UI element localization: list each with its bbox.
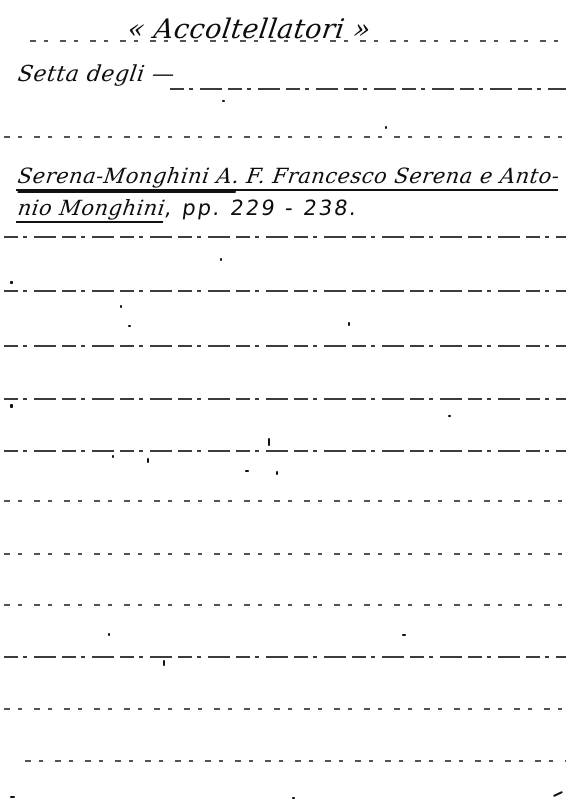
scan-speck xyxy=(276,471,278,475)
scan-speck xyxy=(220,258,222,261)
scan-speck xyxy=(553,791,563,797)
ruled-line xyxy=(4,553,566,555)
ruled-line xyxy=(4,708,566,710)
scan-speck xyxy=(245,470,249,472)
index-card: « Accoltellatori » Setta degli — Serena-… xyxy=(0,0,570,800)
ruled-line xyxy=(4,398,566,400)
ruled-line xyxy=(4,500,566,502)
reference-pages: , pp. 229 - 238. xyxy=(163,196,360,220)
ruled-line xyxy=(4,290,566,292)
scan-speck xyxy=(348,322,350,326)
card-heading: « Accoltellatori » xyxy=(126,14,373,45)
ruled-line xyxy=(4,604,566,606)
scan-speck xyxy=(292,797,295,799)
scan-speck xyxy=(222,100,225,102)
scan-speck xyxy=(268,438,270,446)
scan-speck xyxy=(448,415,451,417)
ruled-line xyxy=(4,236,566,238)
ruled-line xyxy=(4,136,566,138)
reference-line-2: nio Monghini, pp. 229 - 238. xyxy=(16,196,360,220)
ruled-line xyxy=(4,450,566,452)
scan-speck xyxy=(10,796,15,798)
scan-speck xyxy=(112,455,114,458)
reference-line-1: Serena-Monghini A. F. Francesco Serena e… xyxy=(16,164,561,188)
scan-speck xyxy=(120,305,122,308)
ruled-line xyxy=(4,656,566,658)
card-subject: Setta degli — xyxy=(16,62,176,87)
scan-speck xyxy=(10,404,13,408)
scan-speck xyxy=(108,633,110,636)
scan-speck xyxy=(402,634,406,636)
scan-speck xyxy=(163,660,165,666)
scan-speck xyxy=(128,325,131,327)
scan-speck xyxy=(10,281,13,284)
reference-title-end: nio Monghini xyxy=(16,196,167,223)
ruled-line xyxy=(170,88,566,90)
ruled-line xyxy=(4,345,566,347)
reference-title-start: F. Francesco Serena e Anto- xyxy=(237,164,561,191)
scan-speck xyxy=(147,458,149,463)
scan-speck xyxy=(385,126,387,129)
ruled-line xyxy=(25,760,566,762)
reference-author: Serena-Monghini A. xyxy=(16,164,241,191)
